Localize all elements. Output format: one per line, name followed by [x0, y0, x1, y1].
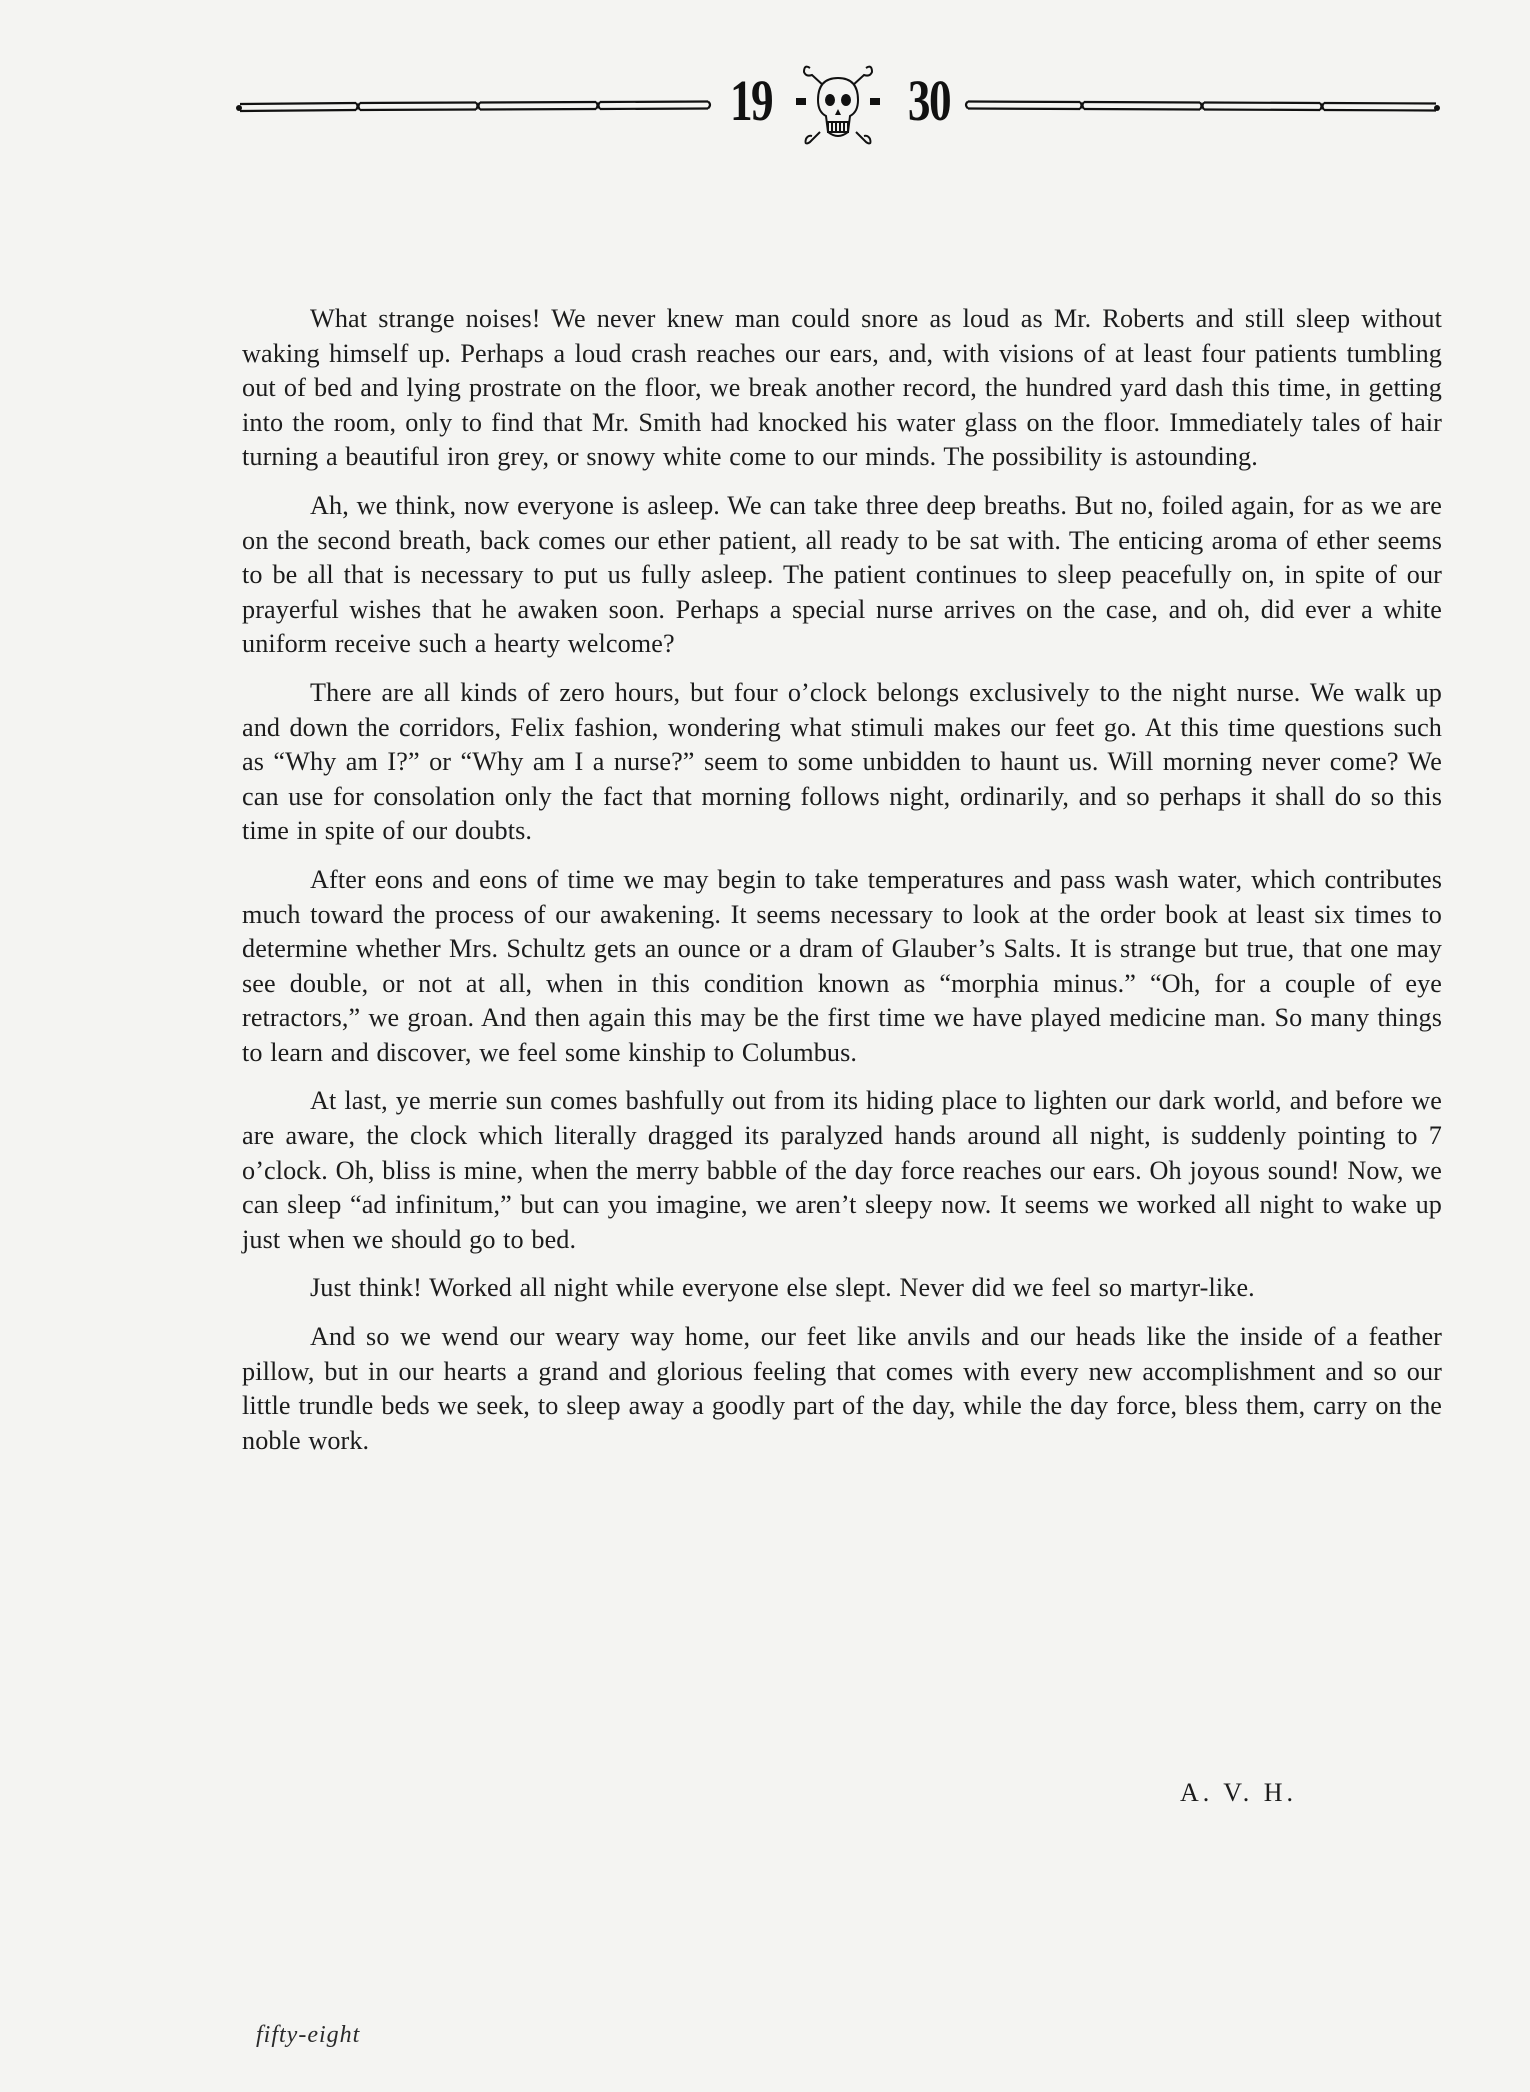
paragraph: Ah, we think, now everyone is asleep. We…: [242, 489, 1442, 662]
year-left: 19: [730, 72, 772, 130]
paragraph: And so we wend our weary way home, our f…: [242, 1320, 1442, 1458]
paragraph: What strange noises! We never knew man c…: [242, 302, 1442, 475]
paragraph: After eons and eons of time we may begin…: [242, 863, 1442, 1071]
page-header: 19 30: [236, 62, 1440, 148]
paragraph: At last, ye merrie sun comes bashfully o…: [242, 1084, 1442, 1257]
year-right: 30: [908, 72, 950, 130]
paragraph: There are all kinds of zero hours, but f…: [242, 676, 1442, 849]
bone-rule-left-icon: [236, 100, 714, 114]
bone-rule-right-icon: [962, 100, 1440, 114]
year-emblem: 19 30: [718, 62, 958, 148]
page-number: fifty-eight: [256, 2022, 360, 2049]
article-body: What strange noises! We never knew man c…: [242, 302, 1442, 1472]
paragraph: Just think! Worked all night while every…: [242, 1271, 1442, 1306]
author-signature: A. V. H.: [1180, 1778, 1297, 1808]
skull-and-crossbones-icon: [796, 62, 880, 148]
